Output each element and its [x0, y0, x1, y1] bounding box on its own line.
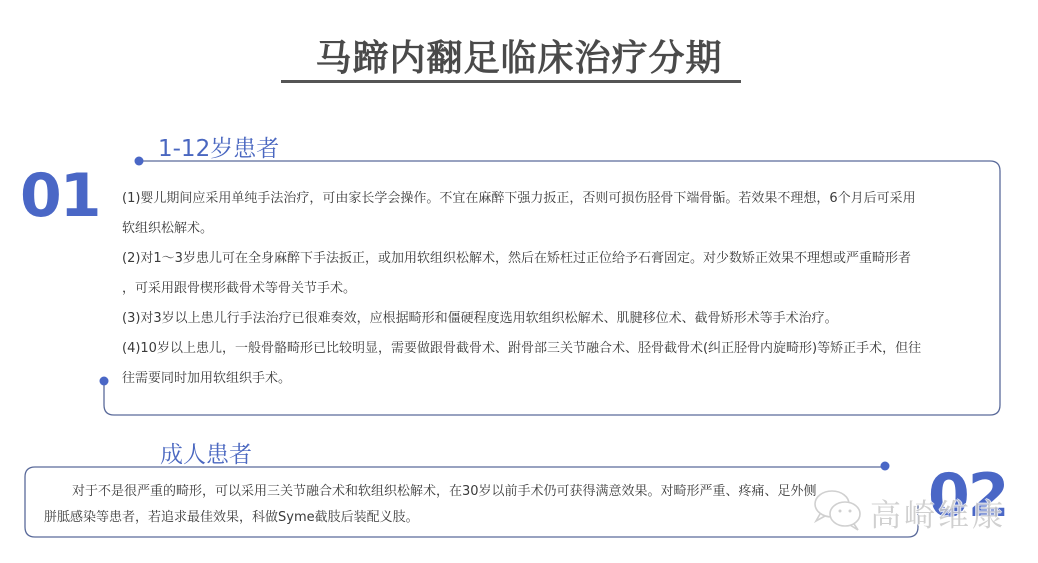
paragraph-1-line-1: (1)婴儿期间应采用单纯手法治疗，可由家长学会操作。不宜在麻醉下强力扳正，否则可…	[122, 184, 921, 214]
paragraph-1-line-2: 软组织松解术。	[122, 214, 921, 244]
watermark: 高崎维康	[812, 488, 1006, 536]
paragraph-4-line-2: 往需要同时加用软组织手术。	[122, 364, 921, 394]
paragraph-2-line-2: ，可采用跟骨楔形截骨术等骨关节手术。	[122, 274, 921, 304]
section1-top-dot	[135, 157, 144, 166]
section1-body: (1)婴儿期间应采用单纯手法治疗，可由家长学会操作。不宜在麻醉下强力扳正，否则可…	[122, 184, 921, 394]
paragraph-4-line-1: (4)10岁以上患儿，一般骨骼畸形已比较明显，需要做跟骨截骨术、跗骨部三关节融合…	[122, 334, 921, 364]
section1-bottom-dot	[100, 377, 109, 386]
section2-line-2: 胼胝感染等患者，若追求最佳效果，科做Syme截肢后装配义肢。	[44, 505, 817, 531]
section2-heading: 成人患者	[160, 436, 252, 469]
section2-dot	[881, 462, 890, 471]
section1-number: 01	[20, 166, 100, 226]
paragraph-3-line-1: (3)对3岁以上患儿行手法治疗已很难奏效，应根据畸形和僵硬程度选用软组织松解术、…	[122, 304, 921, 334]
section2-line-1: 对于不是很严重的畸形，可以采用三关节融合术和软组织松解术，在30岁以前手术仍可获…	[44, 479, 817, 505]
wechat-icon	[812, 488, 864, 536]
paragraph-2-line-1: (2)对1～3岁患儿可在全身麻醉下手法扳正，或加用软组织松解术，然后在矫枉过正位…	[122, 244, 921, 274]
section1-heading: 1-12岁患者	[158, 130, 279, 163]
watermark-text: 高崎维康	[870, 490, 1006, 535]
section2-body: 对于不是很严重的畸形，可以采用三关节融合术和软组织松解术，在30岁以前手术仍可获…	[44, 479, 817, 531]
